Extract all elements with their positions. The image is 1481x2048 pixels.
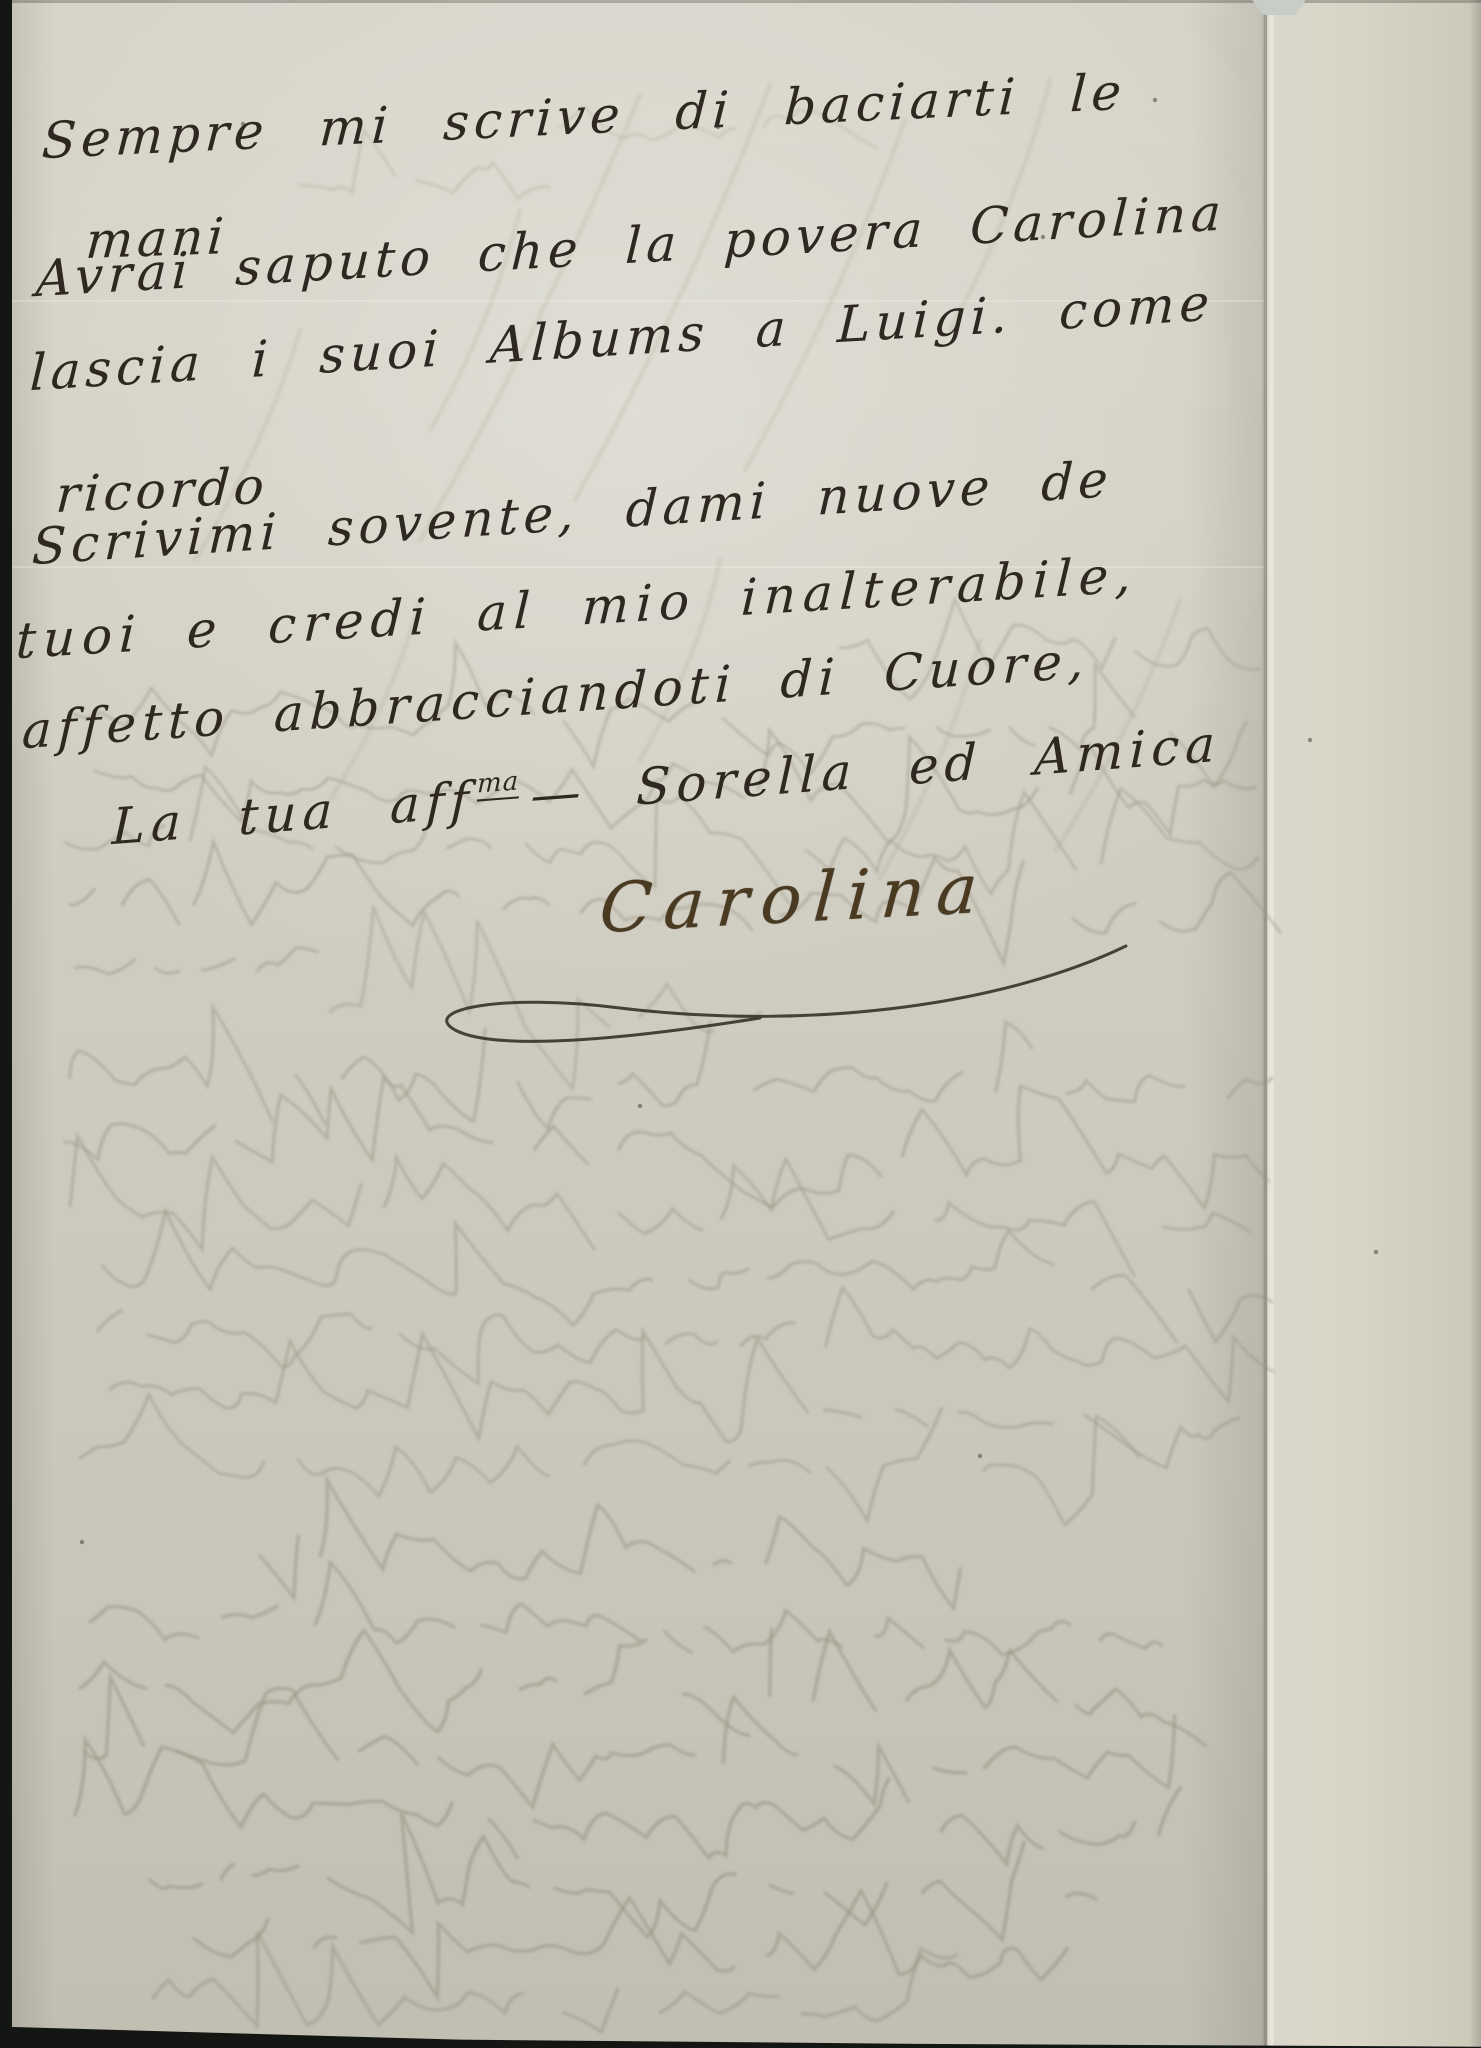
- scan-edge-left: [0, 0, 12, 2048]
- signature-flourish: [447, 946, 1126, 1041]
- signature-flourish-layer: [0, 0, 1481, 2048]
- scan-edge-right: [1469, 0, 1481, 2048]
- letter-scan: Sempre mi scrive di baciarti le mani Avr…: [0, 0, 1481, 2048]
